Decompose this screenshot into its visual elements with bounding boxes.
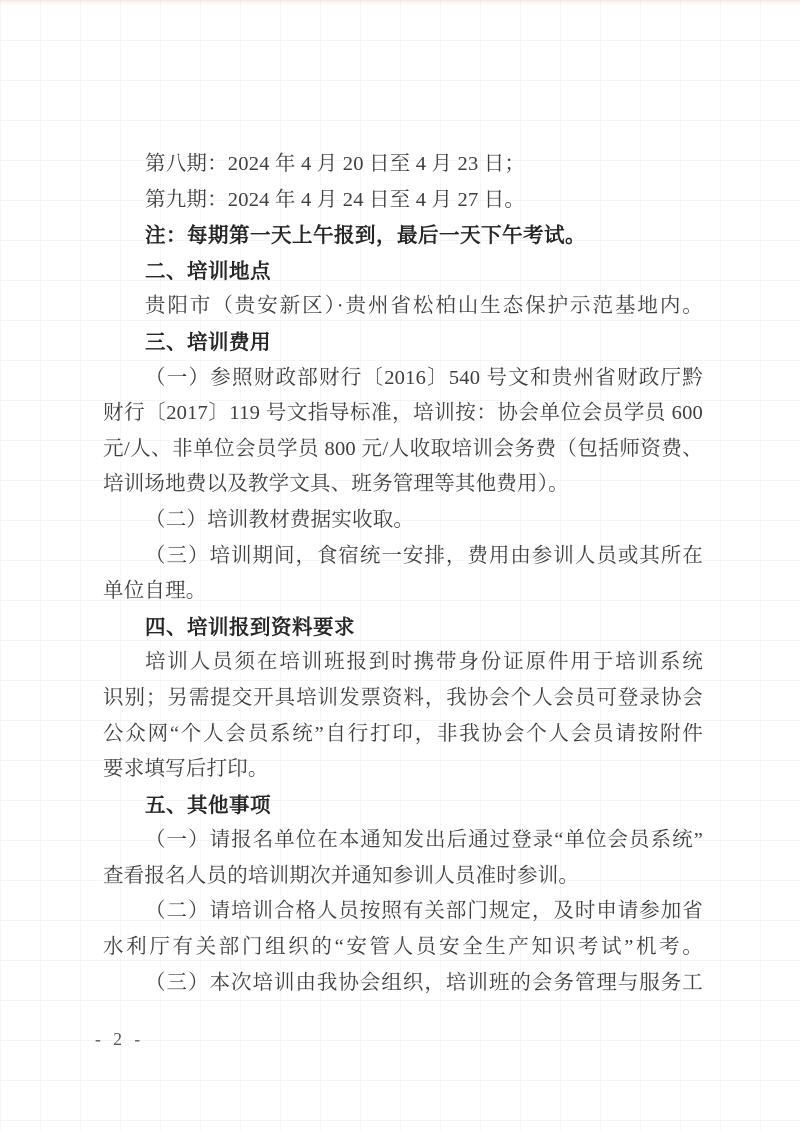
note-line: 注：每期第一天上午报到，最后一天下午考试。 [103,218,703,254]
text-line-fees-1: （一）参照财政部财行〔2016〕540 号文和贵州省财政厅黔 [103,361,703,397]
text-line-lodging-1: （三）培训期间，食宿统一安排，费用由参训人员或其所在 [103,539,703,575]
text-line-location: 贵阳市（贵安新区）·贵州省松柏山生态保护示范基地内。 [103,289,703,325]
text-line-other-4: 水利厅有关部门组织的“安管人员安全生产知识考试”机考。 [103,930,703,966]
heading-training-location: 二、培训地点 [103,254,703,290]
text-line-fees-3: 元/人、非单位会员学员 800 元/人收取培训会务费（包括师资费、 [103,432,703,468]
text-line-other-1: （一）请报名单位在本通知发出后通过登录“单位会员系统” [103,823,703,859]
heading-other-matters: 五、其他事项 [103,788,703,824]
text-line-registration-1: 培训人员须在培训班报到时携带身份证原件用于培训系统 [103,645,703,681]
heading-registration-materials: 四、培训报到资料要求 [103,610,703,646]
text-line-fees-2: 财行〔2017〕119 号文指导标准，培训按：协会单位会员学员 600 [103,396,703,432]
document-body: 第八期：2024 年 4 月 20 日至 4 月 23 日； 第九期：2024 … [103,147,703,1001]
text-line-session-8: 第八期：2024 年 4 月 20 日至 4 月 23 日； [103,147,703,183]
text-line-other-3: （二）请培训合格人员按照有关部门规定，及时申请参加省 [103,894,703,930]
text-line-other-2: 查看报名人员的培训期次并通知参训人员准时参训。 [103,859,703,895]
heading-training-fees: 三、培训费用 [103,325,703,361]
text-line-other-5: （三）本次培训由我协会组织，培训班的会务管理与服务工 [103,966,703,1002]
text-line-session-9: 第九期：2024 年 4 月 24 日至 4 月 27 日。 [103,183,703,219]
text-line-materials-fee: （二）培训教材费据实收取。 [103,503,703,539]
text-line-fees-4: 培训场地费以及教学文具、班务管理等其他费用）。 [103,467,703,503]
text-line-registration-2: 识别；另需提交开具培训发票资料，我协会个人会员可登录协会 [103,681,703,717]
page-number: - 2 - [95,1029,144,1050]
text-line-registration-4: 要求填写后打印。 [103,752,703,788]
scanned-document-page: 第八期：2024 年 4 月 20 日至 4 月 23 日； 第九期：2024 … [0,0,800,1131]
text-line-lodging-2: 单位自理。 [103,574,703,610]
text-line-registration-3: 公众网“个人会员系统”自行打印，非我协会个人会员请按附件 [103,717,703,753]
